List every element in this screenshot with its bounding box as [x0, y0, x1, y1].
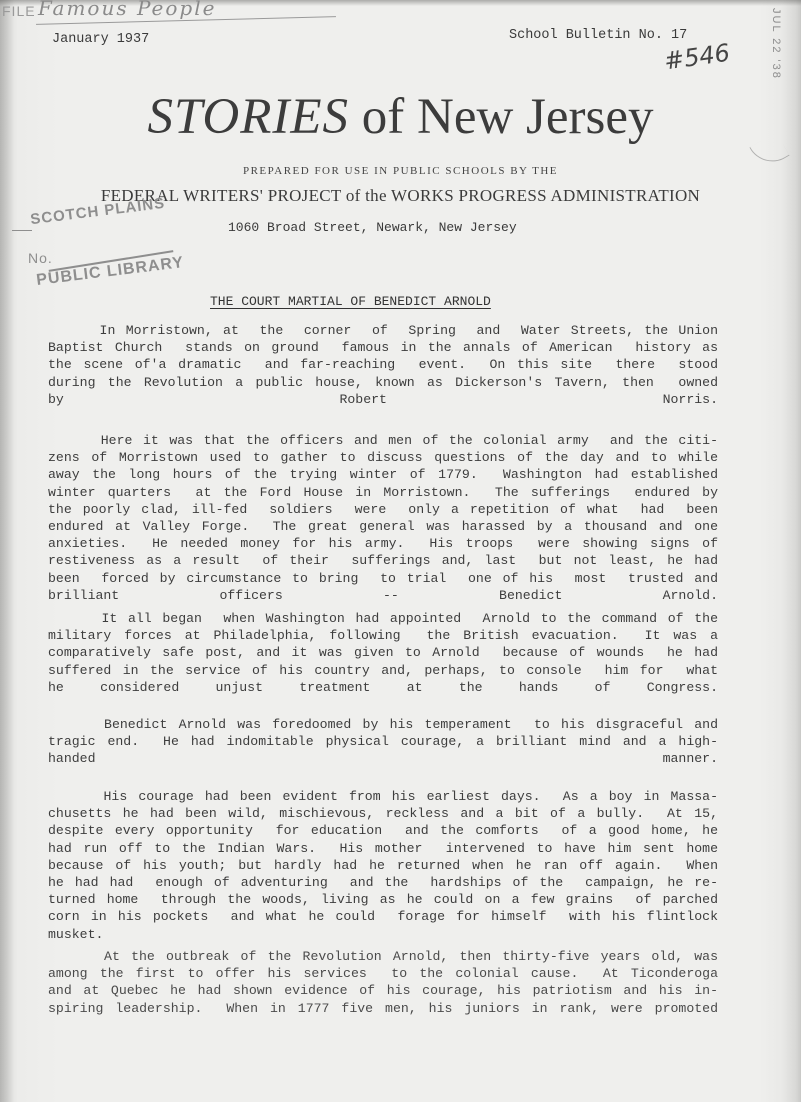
text-line: endured at Valley Forge. The great gener… — [48, 518, 718, 535]
text-line: despite every opportunity for education … — [48, 822, 718, 839]
library-stamp-line2: No. — [28, 250, 53, 266]
prepared-by-line: PREPARED FOR USE IN PUBLIC SCHOOLS BY TH… — [0, 165, 801, 177]
text-line: the poorly clad, ill-fed soldiers were o… — [48, 501, 718, 518]
text-line: among the first to offer his services to… — [48, 965, 718, 982]
text-line: Benedict Arnold was foredoomed by his te… — [48, 716, 718, 733]
text-line: the scene of'a dramatic and far-reaching… — [48, 356, 718, 373]
paragraph-3: It all began when Washington had appoint… — [48, 610, 718, 696]
address-line: 1060 Broad Street, Newark, New Jersey — [228, 220, 517, 235]
file-note-handwritten: Famous People — [38, 0, 216, 20]
text-line: restiveness as a result of their sufferi… — [48, 552, 718, 569]
text-line: he considered unjust treatment at the ha… — [48, 679, 718, 696]
text-line: been forced by circumstance to bring to … — [48, 570, 718, 587]
publication-title: STORIES of New Jersey — [0, 92, 801, 143]
text-line: handed manner. — [48, 750, 718, 767]
title-rest: of New Jersey — [349, 89, 653, 145]
text-line: turned home through the woods, living as… — [48, 891, 718, 908]
text-line: Baptist Church stands on ground famous i… — [48, 339, 718, 356]
text-line: comparatively safe post, and it was give… — [48, 644, 718, 661]
text-line: had run off to the Indian Wars. His moth… — [48, 840, 718, 857]
text-line: anxieties. He needed money for his army.… — [48, 535, 718, 552]
text-line: because of his youth; but hardly had he … — [48, 857, 718, 874]
paragraph-5: His courage had been evident from his ea… — [48, 788, 718, 943]
text-line: he had had enough of adventuring and the… — [48, 874, 718, 891]
title-italic: STORIES — [147, 89, 349, 145]
text-line: At the outbreak of the Revolution Arnold… — [48, 948, 718, 965]
stamp-dash — [12, 230, 32, 231]
text-line: brilliant officers -- Benedict Arnold. — [48, 587, 718, 604]
file-label: FILE — [2, 3, 36, 19]
catalog-number-handwritten: #546 — [662, 39, 731, 76]
text-line: during the Revolution a public house, kn… — [48, 374, 718, 391]
issue-date: January 1937 — [52, 32, 149, 47]
text-line: zens of Morristown used to gather to dis… — [48, 449, 718, 466]
text-line: In Morristown, at the corner of Spring a… — [48, 322, 718, 339]
text-line: musket. — [48, 926, 718, 943]
bulletin-number: School Bulletin No. 17 — [509, 28, 687, 43]
text-line: and at Quebec he had shown evidence of h… — [48, 982, 718, 999]
text-line: suffered in the service of his country a… — [48, 662, 718, 679]
text-line: by Robert Norris. — [48, 391, 718, 408]
text-line: military forces at Philadelphia, followi… — [48, 627, 718, 644]
document-page: FILE Famous People January 1937 School B… — [0, 0, 801, 1102]
text-line: corn in his pockets and what he could fo… — [48, 908, 718, 925]
text-line: away the long hours of the trying winter… — [48, 466, 718, 483]
text-line: winter quarters at the Ford House in Mor… — [48, 484, 718, 501]
paragraph-4: Benedict Arnold was foredoomed by his te… — [48, 716, 718, 768]
paragraph-1: In Morristown, at the corner of Spring a… — [48, 322, 718, 408]
text-line: His courage had been evident from his ea… — [48, 788, 718, 805]
text-line: Here it was that the officers and men of… — [48, 432, 718, 449]
article-heading: THE COURT MARTIAL OF BENEDICT ARNOLD — [210, 294, 491, 309]
paragraph-2: Here it was that the officers and men of… — [48, 432, 718, 604]
text-line: It all began when Washington had appoint… — [48, 610, 718, 627]
paragraph-6: At the outbreak of the Revolution Arnold… — [48, 948, 718, 1017]
text-line: spiring leadership. When in 1777 five me… — [48, 1000, 718, 1017]
received-date-stamp: JUL 22 '38 — [770, 8, 782, 80]
text-line: tragic end. He had indomitable physical … — [48, 733, 718, 750]
text-line: chusetts he had been wild, mischievous, … — [48, 805, 718, 822]
